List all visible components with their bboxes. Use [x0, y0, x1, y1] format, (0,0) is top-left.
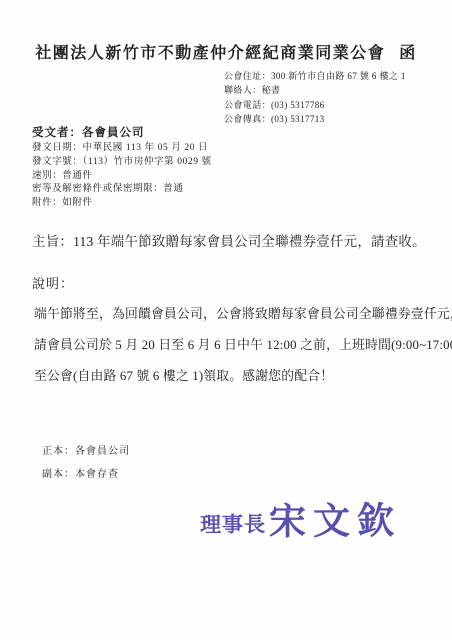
chairman-name-stamp: 宋文欽 — [269, 503, 401, 541]
explanation-label: 說明： — [32, 273, 74, 292]
chairman-signature-stamp: 理事長 宋文欽 — [200, 503, 401, 542]
recipient-line: 受文者：各會員公司 — [32, 124, 145, 140]
contact-person: 聯絡人：秘書 — [224, 83, 406, 97]
body-paragraph: 端午節將至，為回饋會員公司，公會將致贈每家會員公司全聯禮券壹仟元， 請會員公司於… — [34, 299, 446, 392]
body-line: 端午節將至，為回饋會員公司，公會將致贈每家會員公司全聯禮券壹仟元， — [34, 299, 446, 330]
security-level-line: 密等及解密條件或保密期限：普通 — [32, 183, 212, 197]
association-address: 公會住址：300 新竹市自由路 67 號 6 樓之 1 — [224, 69, 406, 83]
original-recipient-line: 正本：各會員公司 — [42, 441, 130, 464]
organization-name: 社團法人新竹市不動產仲介經紀商業同業公會 — [35, 45, 385, 62]
body-line: 請會員公司於 5 月 20 日至 6 月 6 日中午 12:00 之前，上班時間… — [34, 330, 446, 361]
body-line: 至公會(自由路 67 號 6 樓之 1)領取。感謝您的配合！ — [34, 361, 446, 392]
attachment-line: 附件：如附件 — [32, 197, 212, 211]
association-phone: 公會電話：(03) 5317786 — [224, 98, 406, 112]
document-type-label: 函 — [399, 45, 417, 62]
document-title: 社團法人新竹市不動產仲介經紀商業同業公會函 — [0, 40, 452, 63]
association-contact-block: 公會住址：300 新竹市自由路 67 號 6 樓之 1 聯絡人：秘書 公會電話：… — [224, 69, 406, 126]
official-letter-page: 社團法人新竹市不動產仲介經紀商業同業公會函 公會住址：300 新竹市自由路 67… — [0, 0, 452, 640]
delivery-speed-line: 速別：普通件 — [32, 170, 212, 184]
issue-date-line: 發文日期：中華民國 113 年 05 月 20 日 — [32, 142, 212, 156]
subject-line: 主旨：113 年端午節致贈每家會員公司全聯禮券壹仟元，請查收。 — [32, 230, 444, 250]
association-fax: 公會傳真：(03) 5317713 — [224, 112, 406, 126]
copy-recipient-line: 副本：本會存查 — [42, 464, 130, 487]
chairman-title-stamp: 理事長 — [200, 508, 266, 539]
distribution-block: 正本：各會員公司 副本：本會存查 — [42, 441, 130, 486]
document-meta-block: 發文日期：中華民國 113 年 05 月 20 日 發文字號：（113）竹市房仲… — [32, 142, 212, 211]
doc-number-line: 發文字號：（113）竹市房仲字第 0029 號 — [32, 156, 212, 170]
